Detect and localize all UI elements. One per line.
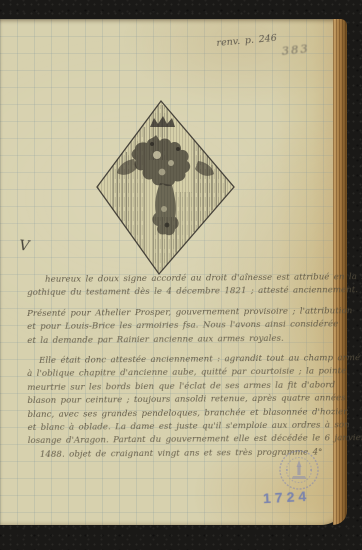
lozenge-crest-drawing [94,97,238,277]
lozenge-hatching [97,101,234,274]
handwriting-line: gothique du testament dès le 4 décembre … [27,284,362,301]
handwriting-paragraph-1: heureux le doux signe accordé au droit d… [27,271,362,301]
handwriting-paragraph-3: Elle était donc attestée anciennement : … [27,352,362,462]
folio-number-pencil: 383 [281,41,310,58]
handwriting-line: et pour Louis-Brice les armoiries fsa. N… [27,319,352,335]
handwriting-line: et la demande par Rainier ancienne aux a… [27,332,352,348]
library-stamp-icon [277,448,321,492]
accession-number-stamp: 1724 [263,488,311,506]
handwriting-paragraph-2: Présenté pour Athelier Prosper, gouverne… [27,305,353,348]
